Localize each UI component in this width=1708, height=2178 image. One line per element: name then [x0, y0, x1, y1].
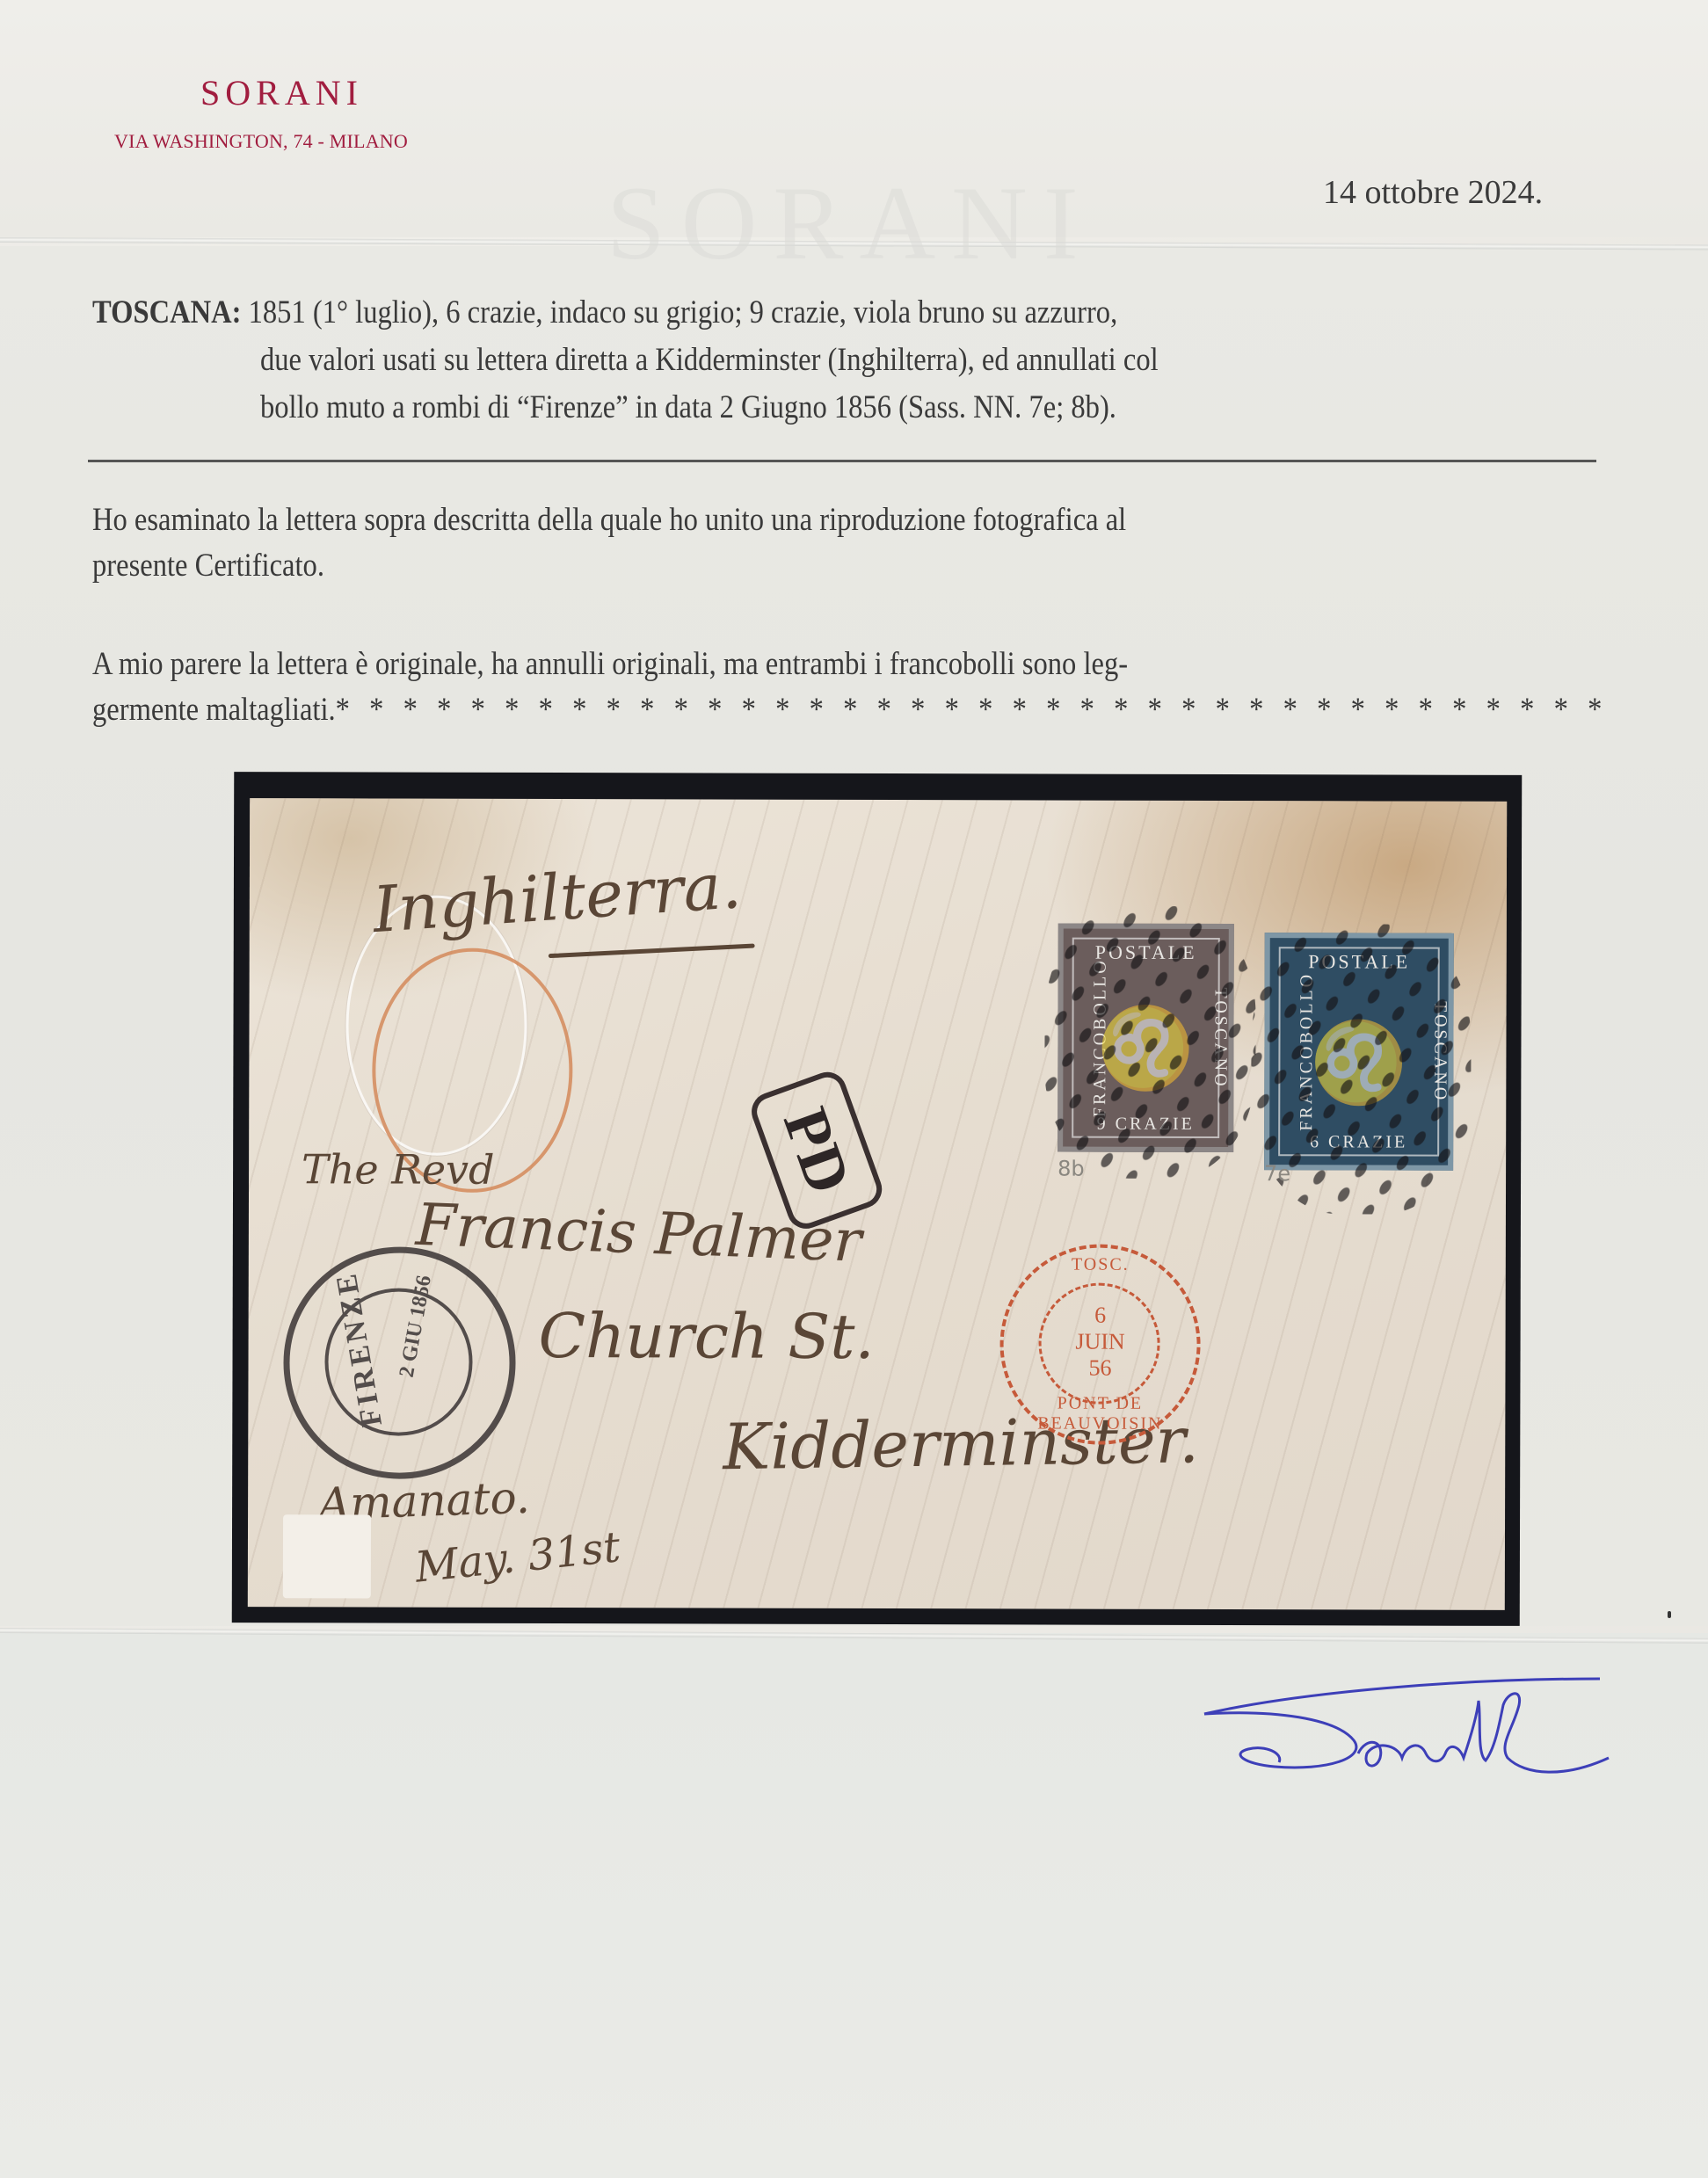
description-line-1: TOSCANA: 1851 (1° luglio), 6 crazie, ind… [92, 290, 1639, 336]
diamond-grid-cancel [1044, 905, 1256, 1179]
separator-rule [88, 460, 1596, 462]
certificate-page: SORANI SORANI VIA WASHINGTON, 74 - MILAN… [0, 0, 1708, 2178]
pencil-note-7e: 7e [1264, 1161, 1290, 1186]
description-line-3: bollo muto a rombi di “Firenze” in data … [260, 385, 1645, 431]
opinion-text: germente maltagliati. [92, 692, 336, 728]
postmark-day: 6 [1004, 1302, 1197, 1329]
firenze-postmark: FIRENZE 2 GIU 1856 [283, 1246, 516, 1479]
signature [1196, 1666, 1653, 1789]
asterisk-fill: * * * * * * * * * * * * * * * * * * * * … [336, 692, 1609, 728]
postmark-date: 6 JUIN 56 [1003, 1302, 1196, 1382]
postmark-top-text: TOSC. [1004, 1254, 1197, 1275]
handwritten-addressee-title: The Revd [302, 1145, 495, 1194]
letterhead-address: VIA WASHINGTON, 74 - MILANO [114, 130, 408, 153]
description-heading: TOSCANA: [92, 294, 241, 330]
pd-text: PD [768, 1099, 866, 1202]
postmark-year: 56 [1003, 1354, 1196, 1382]
postmark-month: JUIN [1004, 1328, 1197, 1355]
postmark-bottom-text: PONT DE BEAUVOISIN [1003, 1393, 1196, 1434]
cover-photograph: Inghilterra. PD POSTALE FRANCOBOLLO TOSC… [232, 772, 1523, 1626]
description-line-2: due valori usati su lettera diretta a Ki… [260, 338, 1645, 383]
paragraph-1-line-1: Ho esaminato la lettera sopra descritta … [92, 497, 1639, 543]
paragraph-2-line-2: germente maltagliati.* * * * * * * * * *… [92, 687, 1639, 733]
cover-letter: Inghilterra. PD POSTALE FRANCOBOLLO TOSC… [248, 798, 1507, 1610]
paragraph-2-line-1: A mio parere la lettera è originale, ha … [92, 642, 1639, 687]
description-text: 1851 (1° luglio), 6 crazie, indaco su gr… [249, 294, 1118, 330]
ink-speck [1668, 1611, 1671, 1618]
handwritten-street: Church St. [538, 1300, 874, 1373]
paragraph-1-line-2: presente Certificato. [92, 543, 1639, 589]
paper-repair-patch [283, 1514, 371, 1598]
watermark: SORANI [607, 163, 1094, 284]
red-transit-postmark: TOSC. 6 JUIN 56 PONT DE BEAUVOISIN [999, 1244, 1201, 1445]
letterhead-name: SORANI [200, 72, 363, 113]
pencil-note-8b: 8b [1058, 1157, 1085, 1181]
certificate-date: 14 ottobre 2024. [1323, 173, 1543, 212]
